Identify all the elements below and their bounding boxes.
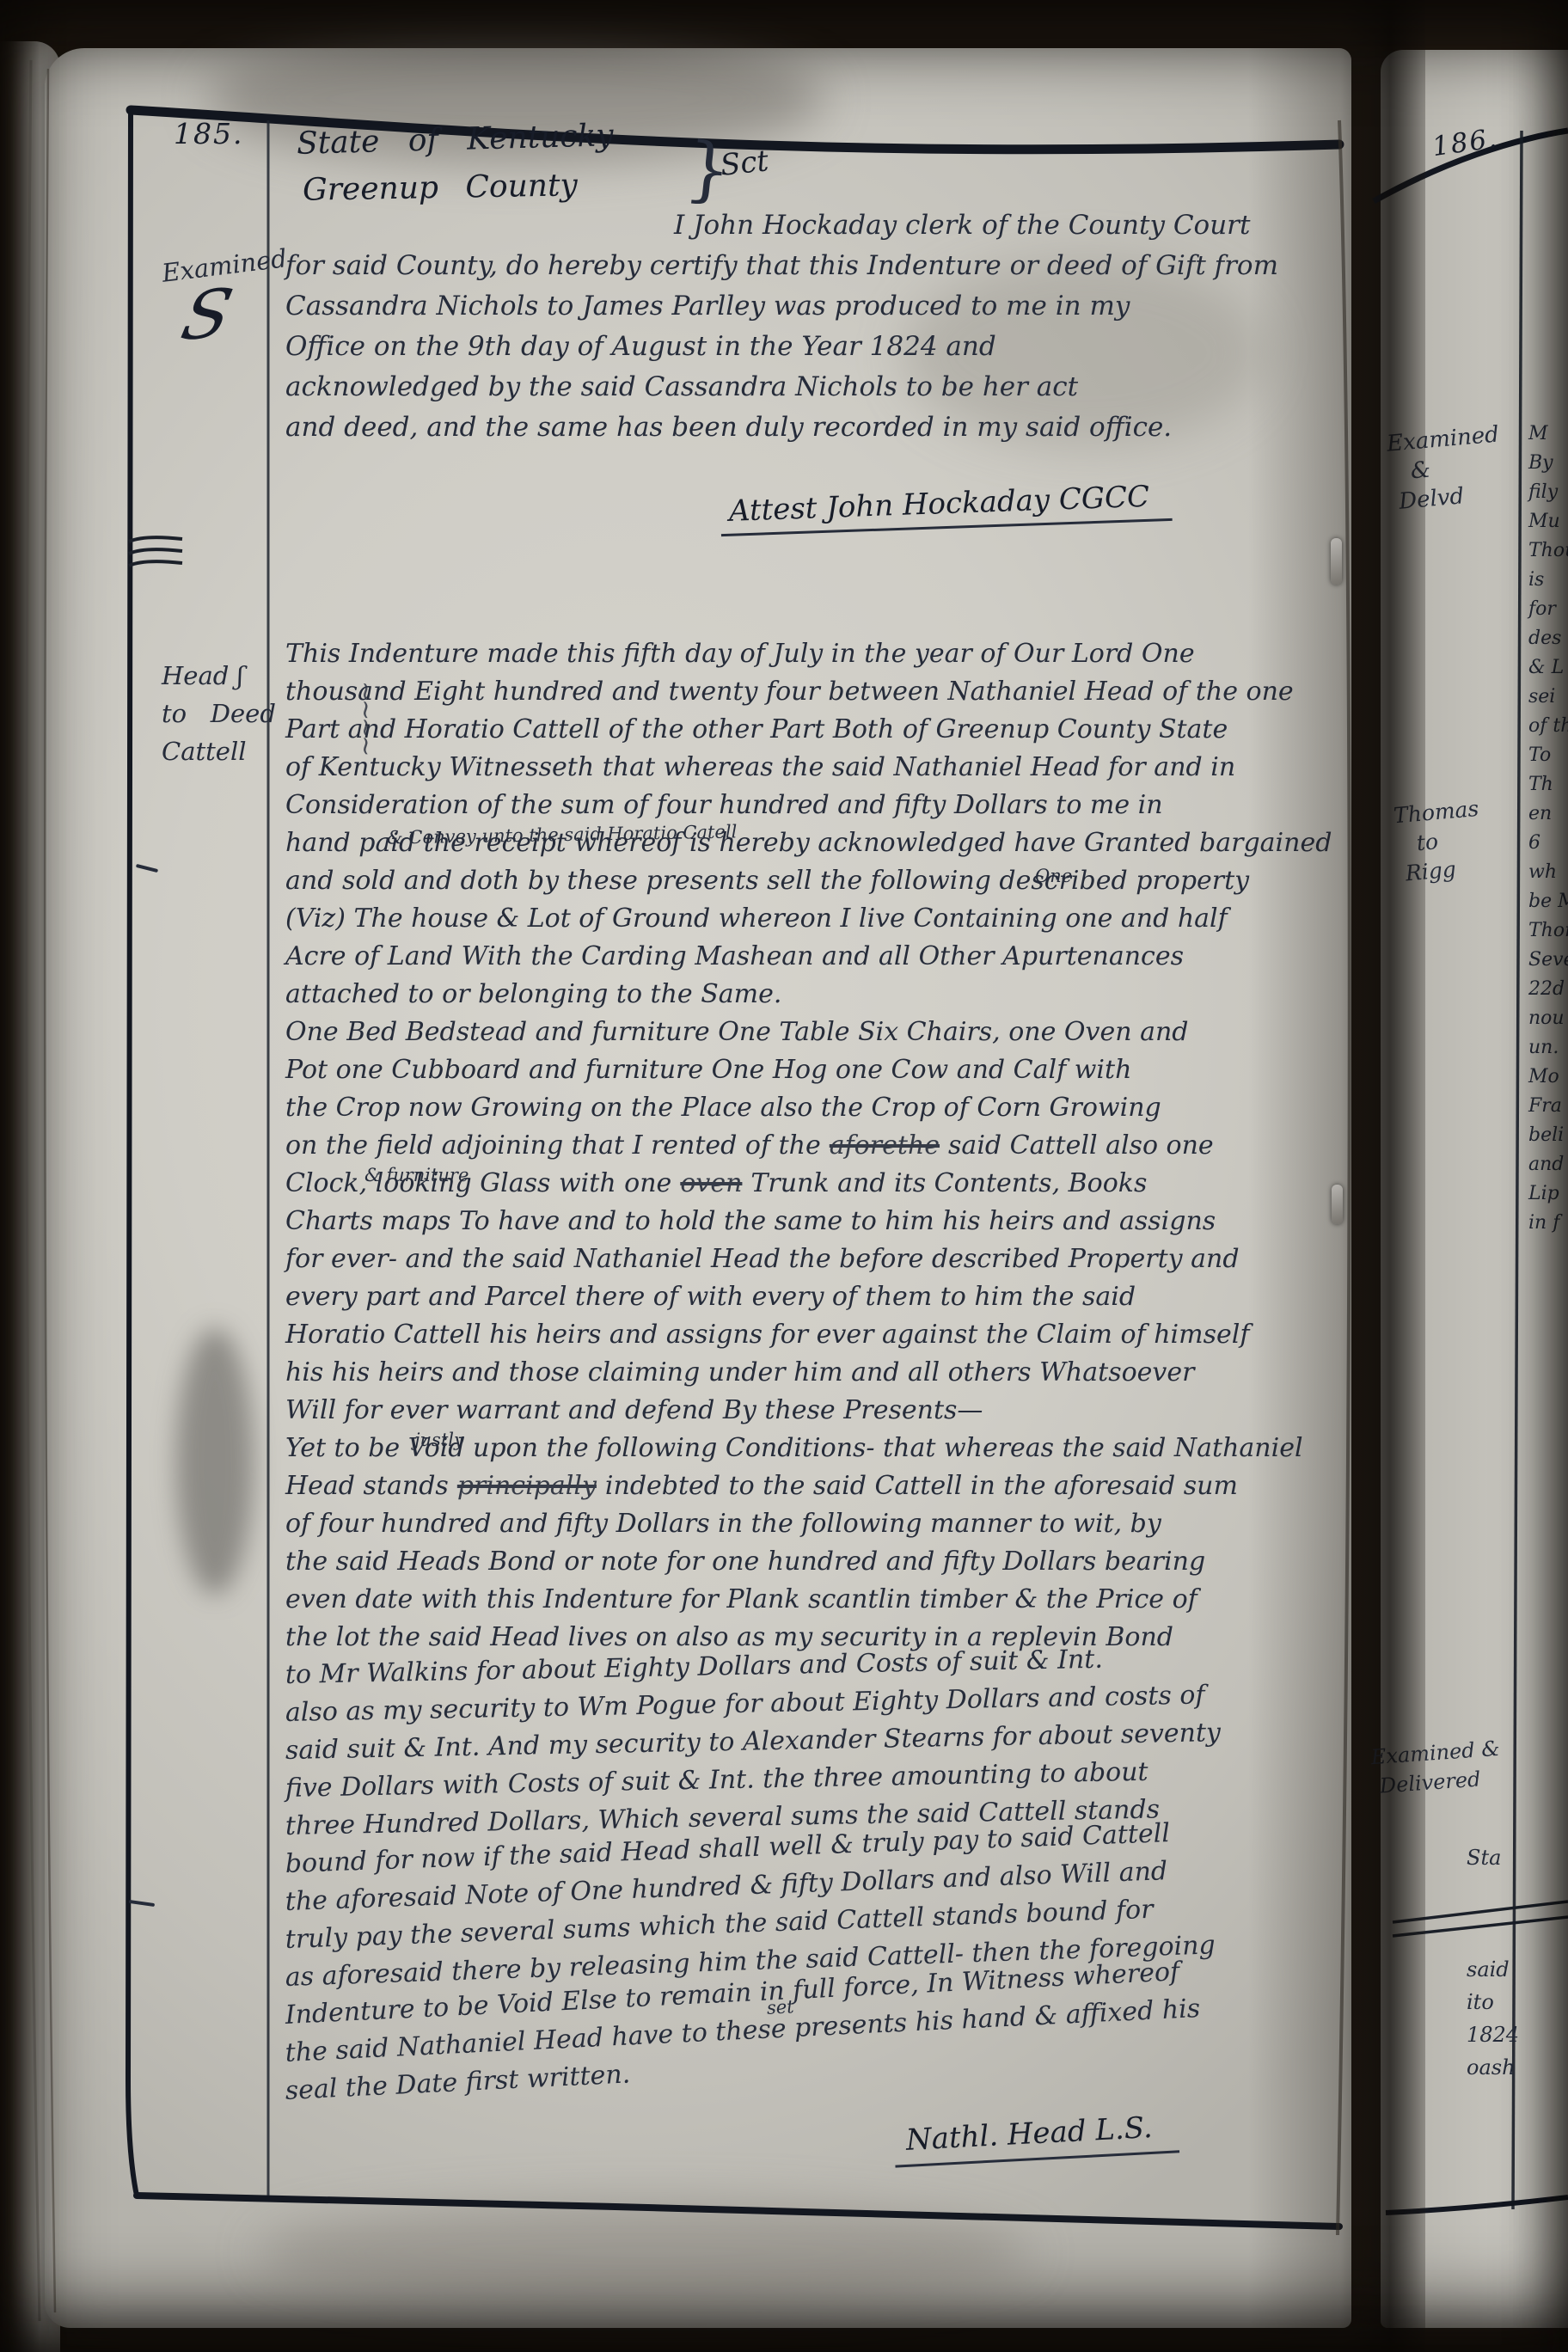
book-photo: 185. State of Kentucky Greenup County } … [0, 0, 1568, 2352]
deed-line: (Viz) The house & Lot of Ground whereon … [285, 903, 1291, 941]
text-fragment: sei [1528, 683, 1568, 712]
deed-line: One Bed Bedstead and furniture One Table… [285, 1017, 1291, 1055]
deed-line: even date with this Indenture for Plank … [285, 1584, 1291, 1622]
text-fragment: Lip [1528, 1179, 1568, 1209]
cert-line: acknowledged by the said Cassandra Nicho… [285, 371, 1330, 412]
struck-word: principally [457, 1471, 597, 1501]
text-fragment: Th [1528, 770, 1568, 799]
text-fragment: nou [1528, 1004, 1568, 1033]
right-page-bottom-fragments: Sta said ito 1824 oash [1467, 1841, 1561, 2084]
deed-line-text: indebted to the said Cattell in the afor… [605, 1471, 1238, 1501]
text-fragment: M [1528, 420, 1568, 449]
text-fragment: Thou [1528, 536, 1568, 566]
text-fragment: des [1528, 624, 1568, 653]
heading-sct: Sct [719, 144, 770, 183]
deed-line-text: said Cattell also one [948, 1130, 1214, 1161]
clerk-certification: I John Hockaday clerk of the County Cour… [285, 210, 1330, 452]
deed-line: Part and Horatio Cattell of the other Pa… [285, 714, 1291, 752]
gutter-clasp [1332, 1185, 1343, 1224]
cert-line: I John Hockaday clerk of the County Cour… [285, 210, 1330, 250]
deed-line: Head standsprincipallyindebted to the sa… [285, 1471, 1291, 1509]
deed-line: his his heirs and those claiming under h… [285, 1357, 1291, 1395]
margin-party-grantor: Head ʃ [162, 661, 243, 690]
indenture-body: This Indenture made this fifth day of Ju… [285, 639, 1291, 2114]
cert-line: and deed, and the same has been duly rec… [285, 412, 1330, 452]
deed-line: Consideration of the sum of four hundred… [285, 790, 1291, 828]
text-fragment: Thom [1528, 916, 1568, 946]
text-fragment: Seve [1528, 946, 1568, 975]
right-margin-note-examined-delivered: Examined & Delivered [1370, 1734, 1503, 1801]
text-fragment: of th [1528, 712, 1568, 741]
right-margin-note-thomas-to-rigg: Thomas to Rigg [1393, 794, 1485, 889]
text-fragment: fily [1528, 478, 1568, 507]
right-margin-note-examined: Examined & Delvd [1386, 420, 1505, 517]
deed-line: on the field adjoining that I rented of … [285, 1130, 1291, 1168]
margin-party-grantee: Cattell [162, 737, 247, 766]
heading-county: Greenup County [303, 168, 579, 208]
text-fragment: said [1467, 1953, 1561, 1986]
deed-line: thousand Eight hundred and twenty four b… [285, 677, 1291, 714]
text-fragment: Mu [1528, 507, 1568, 536]
text-fragment: 1824 [1467, 2018, 1561, 2051]
text-fragment: wh [1528, 858, 1568, 887]
text-fragment: Sta [1467, 1841, 1561, 1874]
deed-line: of four hundred and fifty Dollars in the… [285, 1509, 1291, 1547]
interlineation: set [766, 1996, 794, 2018]
interlineation: & furniture [364, 1165, 469, 1185]
deed-line: Pot one Cubboard and furniture One Hog o… [285, 1055, 1291, 1093]
struck-word: aforethe [830, 1130, 940, 1161]
text-fragment: in f [1528, 1209, 1568, 1238]
cert-line: Office on the 9th day of August in the Y… [285, 331, 1330, 371]
deed-line-text: on the field adjoining that I rented of … [285, 1130, 821, 1161]
gutter-clasp [1331, 538, 1342, 585]
deed-line: and sold and doth by these presents sell… [285, 866, 1291, 903]
text-fragment: oash [1467, 2051, 1561, 2084]
deed-line: Charts maps To have and to hold the same… [285, 1206, 1291, 1244]
deed-line: Acre of Land With the Carding Mashean an… [285, 941, 1291, 979]
text-fragment: un. [1528, 1033, 1568, 1063]
text-fragment: is [1528, 566, 1568, 595]
cert-line: for said County, do hereby certify that … [285, 250, 1330, 291]
margin-note-head-to-cattell: Head ʃto DeedCattell [162, 657, 276, 770]
deed-line: for ever- and the said Nathaniel Head th… [285, 1244, 1291, 1282]
deed-line: the said Heads Bond or note for one hund… [285, 1547, 1291, 1584]
deed-line: Will for ever warrant and defend By thes… [285, 1395, 1291, 1433]
text-fragment: Fra [1528, 1092, 1568, 1121]
cert-line: Cassandra Nichols to James Parlley was p… [285, 291, 1330, 331]
text-fragment: be M [1528, 887, 1568, 916]
right-page-text-fragments: M By fily Mu Thou is for des & L sei of … [1528, 420, 1568, 1238]
text-fragment: 6 [1528, 829, 1568, 858]
left-page-number: 185. [174, 117, 243, 150]
text-fragment: To [1528, 741, 1568, 770]
text-fragment: 22d [1528, 975, 1568, 1004]
margin-deed-label: to Deed [162, 699, 276, 728]
deed-line: of Kentucky Witnesseth that whereas the … [285, 752, 1291, 790]
interlineation: One [1035, 866, 1072, 886]
deed-line-text: Head stands [285, 1471, 449, 1501]
deed-line: attached to or belonging to the Same. [285, 979, 1291, 1017]
deed-line-text: Trunk and its Contents, Books [750, 1168, 1147, 1198]
deed-line: the Crop now Growing on the Place also t… [285, 1093, 1291, 1130]
text-fragment: ito [1467, 1986, 1561, 2018]
text-fragment: beli [1528, 1121, 1568, 1150]
interlineation: justly [414, 1430, 464, 1450]
text-fragment: and [1528, 1150, 1568, 1179]
text-fragment: for [1528, 595, 1568, 624]
deed-line: This Indenture made this fifth day of Ju… [285, 639, 1291, 677]
deed-line: every part and Parcel there of with ever… [285, 1282, 1291, 1320]
text-fragment: & L [1528, 653, 1568, 683]
deed-line-text: Clock, looking Glass with one [285, 1168, 671, 1198]
deed-line: Horatio Cattell his heirs and assigns fo… [285, 1320, 1291, 1357]
text-fragment: Mo [1528, 1063, 1568, 1092]
struck-word: oven [680, 1168, 742, 1198]
text-fragment: By [1528, 449, 1568, 478]
text-fragment: en [1528, 799, 1568, 829]
